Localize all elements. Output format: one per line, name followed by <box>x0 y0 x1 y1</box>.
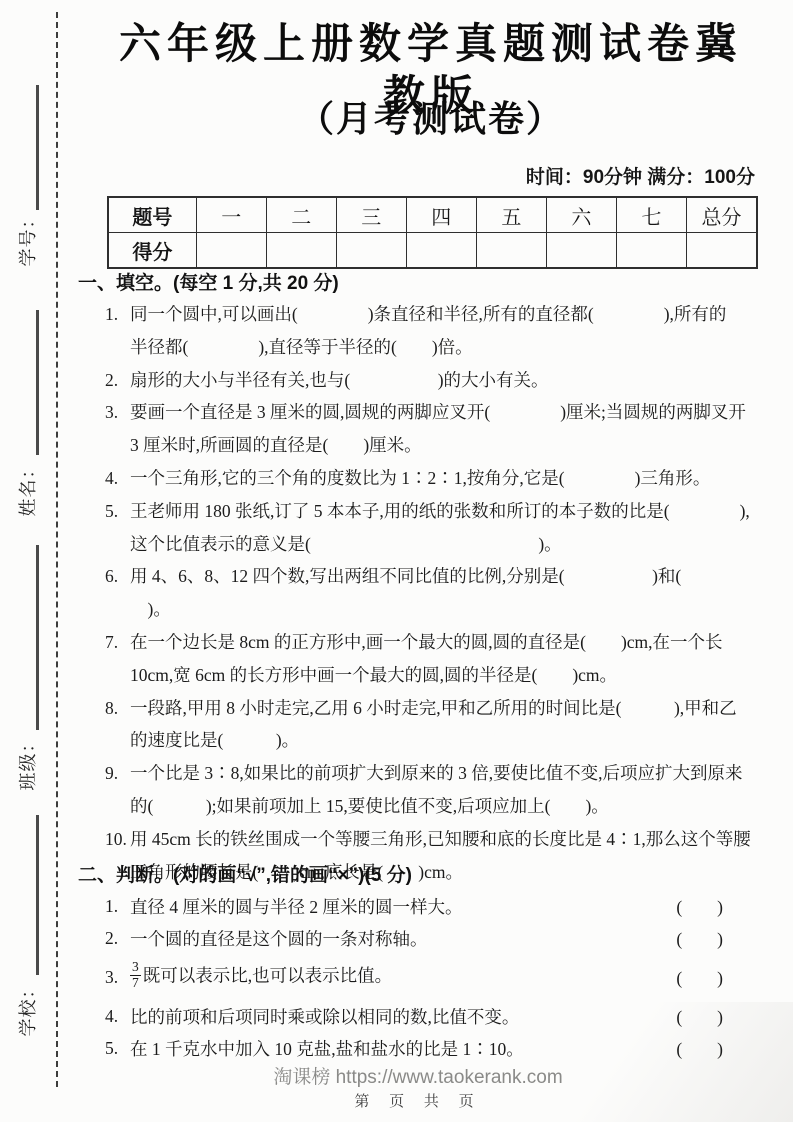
score-table-header-cell: 七 <box>616 197 686 233</box>
question-line: 一段路,甲用 8 小时走完,乙用 6 小时走完,甲和乙所用的时间比是( ),甲和… <box>130 692 758 725</box>
question-line: 在一个边长是 8cm 的正方形中,画一个最大的圆,圆的直径是( )cm,在一个长 <box>130 626 758 659</box>
score-table-header-row: 题号一二三四五六七总分 <box>108 197 757 233</box>
fold-line-segment <box>36 85 39 210</box>
answer-blank: ( ) <box>676 965 723 990</box>
paper-subtitle: （月考测试卷） <box>78 96 758 142</box>
question-line: 扇形的大小与半径有关,也与( )的大小有关。 <box>130 364 758 397</box>
question-line: 用 45cm 长的铁丝围成一个等腰三角形,已知腰和底的长度比是 4∶1,那么这个… <box>130 823 758 856</box>
question-number: 6. <box>105 560 118 593</box>
answer-blank: ( ) <box>676 894 723 919</box>
fold-line-segment <box>36 545 39 730</box>
score-cell <box>686 233 757 269</box>
question-line: 3 厘米时,所画圆的直径是( )厘米。 <box>130 429 758 462</box>
question-line: 王老师用 180 张纸,订了 5 本本子,用的纸的张数和所订的本子数的比是( )… <box>130 495 758 528</box>
judge-item: 4.比的前项和后项同时乘或除以相同的数,比值不变。( ) <box>105 1000 723 1032</box>
question-line: 同一个圆中,可以画出( )条直径和半径,所有的直径都( ),所有的 <box>130 298 758 331</box>
section-judge-heading: 二、判断。(对的画“√”,错的画“×”)(5 分) <box>78 864 412 888</box>
score-cell <box>336 233 406 269</box>
judge-item: 1.直径 4 厘米的圆与半径 2 厘米的圆一样大。( ) <box>105 890 723 922</box>
footer-page-label: 第 页 共 页 <box>78 1092 758 1112</box>
score-table-header-cell: 三 <box>336 197 406 233</box>
score-table-score-row: 得分 <box>108 233 757 269</box>
fill-question: 8.一段路,甲用 8 小时走完,乙用 6 小时走完,甲和乙所用的时间比是( ),… <box>78 692 758 758</box>
judge-item: 3.37既可以表示比,也可以表示比值。( ) <box>105 954 723 1000</box>
test-paper-page: { "page": { "title": "六年级上册数学真题测试卷冀教版", … <box>0 0 793 1122</box>
question-line: 一个三角形,它的三个角的度数比为 1∶2∶1,按角分,它是( )三角形。 <box>130 462 758 495</box>
fill-question: 2.扇形的大小与半径有关,也与( )的大小有关。 <box>78 364 758 397</box>
question-line: 10cm,宽 6cm 的长方形中画一个最大的圆,圆的半径是( )cm。 <box>130 659 758 692</box>
judge-text: 比的前项和后项同时乘或除以相同的数,比值不变。 <box>130 1004 519 1029</box>
score-table-header-cell: 六 <box>546 197 616 233</box>
question-line: 用 4、6、8、12 四个数,写出两组不同比值的比例,分别是( )和( <box>130 560 758 593</box>
score-table-header-cell: 五 <box>476 197 546 233</box>
sidebar-field-label: 姓名： <box>14 443 38 533</box>
score-cell <box>406 233 476 269</box>
fill-question: 4.一个三角形,它的三个角的度数比为 1∶2∶1,按角分,它是( )三角形。 <box>78 462 758 495</box>
fraction-numerator: 3 <box>130 960 141 976</box>
judge-text: 直径 4 厘米的圆与半径 2 厘米的圆一样大。 <box>130 894 463 919</box>
question-number: 4. <box>105 1006 130 1027</box>
question-number: 3. <box>105 396 118 429</box>
answer-blank: ( ) <box>676 1036 723 1061</box>
question-number: 9. <box>105 757 118 790</box>
question-line: 的速度比是( )。 <box>130 724 758 757</box>
score-table-header-cell: 一 <box>196 197 266 233</box>
footer-site-link: 淘课榜 https://www.taokerank.com <box>78 1066 758 1090</box>
question-line: 一个比是 3∶8,如果比的前项扩大到原来的 3 倍,要使比值不变,后项应扩大到原… <box>130 757 758 790</box>
fill-question: 1.同一个圆中,可以画出( )条直径和半径,所有的直径都( ),所有的半径都( … <box>78 298 758 364</box>
cut-dashed-line <box>56 12 58 1087</box>
question-line: 的( );如果前项加上 15,要使比值不变,后项应加上( )。 <box>130 790 758 823</box>
answer-blank: ( ) <box>676 1004 723 1029</box>
section-fill-heading: 一、填空。(每空 1 分,共 20 分) <box>78 272 339 296</box>
question-line: )。 <box>130 593 758 626</box>
fold-line-segment <box>36 815 39 975</box>
question-number: 10. <box>105 823 127 856</box>
question-number: 3. <box>105 967 130 988</box>
question-number: 5. <box>105 1038 130 1059</box>
score-table-header-cell: 二 <box>266 197 336 233</box>
judge-items: 1.直径 4 厘米的圆与半径 2 厘米的圆一样大。( )2.一个圆的直径是这个圆… <box>105 890 723 1064</box>
score-table: 题号一二三四五六七总分 得分 <box>107 196 758 269</box>
fold-line-segment <box>36 310 39 455</box>
fill-question: 6.用 4、6、8、12 四个数,写出两组不同比值的比例,分别是( )和( )。 <box>78 560 758 626</box>
score-table-corner-cell: 题号 <box>108 197 196 233</box>
fill-question: 7.在一个边长是 8cm 的正方形中,画一个最大的圆,圆的直径是( )cm,在一… <box>78 626 758 692</box>
fraction-denominator: 7 <box>130 976 141 991</box>
fraction: 37 <box>130 960 141 991</box>
sidebar-field-label: 学号： <box>14 193 38 283</box>
question-number: 4. <box>105 462 118 495</box>
judge-item: 2.一个圆的直径是这个圆的一条对称轴。( ) <box>105 922 723 954</box>
fill-question: 9.一个比是 3∶8,如果比的前项扩大到原来的 3 倍,要使比值不变,后项应扩大… <box>78 757 758 823</box>
sidebar-field-label: 学校： <box>14 963 38 1053</box>
score-cell <box>616 233 686 269</box>
judge-text: 在 1 千克水中加入 10 克盐,盐和盐水的比是 1∶10。 <box>130 1036 524 1061</box>
question-number: 1. <box>105 298 118 331</box>
question-number: 1. <box>105 896 130 917</box>
score-cell <box>476 233 546 269</box>
score-cell <box>546 233 616 269</box>
sidebar-field-label: 班级： <box>14 717 38 807</box>
question-line: 半径都( ),直径等于半径的( )倍。 <box>130 331 758 364</box>
judge-text: 一个圆的直径是这个圆的一条对称轴。 <box>130 926 428 951</box>
fill-question: 5.王老师用 180 张纸,订了 5 本本子,用的纸的张数和所订的本子数的比是(… <box>78 495 758 561</box>
fill-question: 3.要画一个直径是 3 厘米的圆,圆规的两脚应叉开( )厘米;当圆规的两脚叉开3… <box>78 396 758 462</box>
judge-text: 37既可以表示比,也可以表示比值。 <box>130 962 392 993</box>
time-score-meta: 时间：90分钟 满分：100分 <box>78 166 755 190</box>
question-line: 这个比值表示的意义是( )。 <box>130 528 758 561</box>
question-number: 5. <box>105 495 118 528</box>
question-number: 2. <box>105 928 130 949</box>
score-table-header-cell: 四 <box>406 197 476 233</box>
score-cell <box>266 233 336 269</box>
question-line: 要画一个直径是 3 厘米的圆,圆规的两脚应叉开( )厘米;当圆规的两脚叉开 <box>130 396 758 429</box>
paper-content: 六年级上册数学真题测试卷冀教版 （月考测试卷） 时间：90分钟 满分：100分 … <box>78 0 758 1122</box>
judge-item: 5.在 1 千克水中加入 10 克盐,盐和盐水的比是 1∶10。( ) <box>105 1032 723 1064</box>
question-number: 8. <box>105 692 118 725</box>
fill-questions: 1.同一个圆中,可以画出( )条直径和半径,所有的直径都( ),所有的半径都( … <box>78 298 758 888</box>
answer-blank: ( ) <box>676 926 723 951</box>
score-cell <box>196 233 266 269</box>
score-row-label: 得分 <box>108 233 196 269</box>
score-table-header-cell: 总分 <box>686 197 757 233</box>
question-number: 2. <box>105 364 118 397</box>
question-number: 7. <box>105 626 118 659</box>
